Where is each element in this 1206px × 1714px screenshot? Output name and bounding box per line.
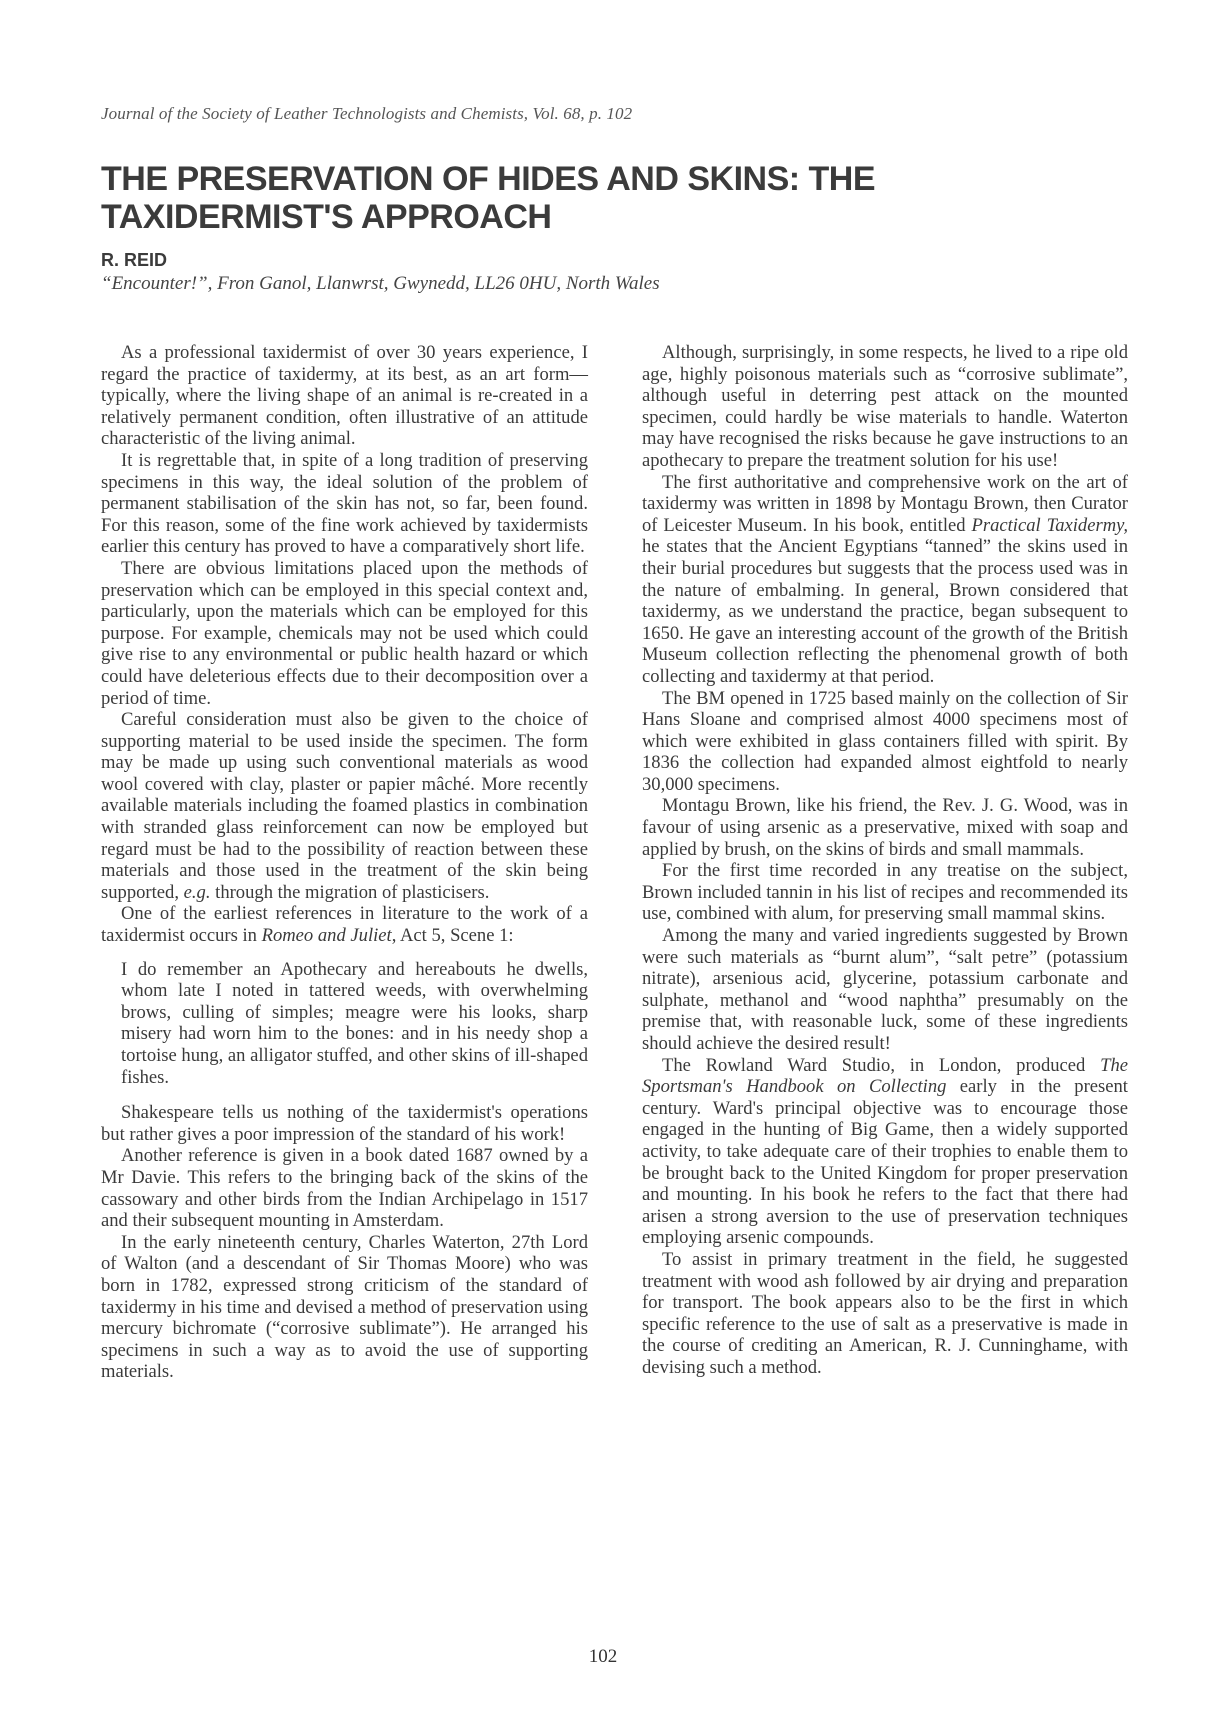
author-affiliation: “Encounter!”, Fron Ganol, Llanwrst, Gwyn… bbox=[101, 273, 660, 295]
paragraph: The BM opened in 1725 based mainly on th… bbox=[642, 688, 1128, 796]
paragraph: Careful consideration must also be given… bbox=[101, 709, 588, 903]
page-number: 102 bbox=[0, 1646, 1206, 1668]
paragraph: There are obvious limitations placed upo… bbox=[101, 558, 588, 709]
paragraph: In the early nineteenth century, Charles… bbox=[101, 1232, 588, 1383]
text-run: The Rowland Ward Studio, in London, prod… bbox=[662, 1055, 1100, 1076]
paragraph: Although, surprisingly, in some respects… bbox=[642, 342, 1128, 472]
paragraph: For the first time recorded in any treat… bbox=[642, 860, 1128, 925]
paragraph: The first authoritative and comprehensiv… bbox=[642, 472, 1128, 688]
left-column: As a professional taxidermist of over 30… bbox=[101, 342, 588, 1383]
article-title: THE PRESERVATION OF HIDES AND SKINS: THE… bbox=[101, 160, 1101, 236]
paragraph: It is regrettable that, in spite of a lo… bbox=[101, 450, 588, 558]
paragraph: To assist in primary treatment in the fi… bbox=[642, 1249, 1128, 1379]
paragraph: Montagu Brown, like his friend, the Rev.… bbox=[642, 795, 1128, 860]
author-name: R. REID bbox=[101, 250, 167, 271]
text-run: early in the present century. Ward's pri… bbox=[642, 1076, 1128, 1248]
paragraph: The Rowland Ward Studio, in London, prod… bbox=[642, 1055, 1128, 1249]
paragraph: Among the many and varied ingredients su… bbox=[642, 925, 1128, 1055]
text-run: he states that the Ancient Egyptians “ta… bbox=[642, 536, 1128, 687]
text-run: , Act 5, Scene 1: bbox=[392, 925, 514, 946]
italic-title: Romeo and Juliet bbox=[262, 925, 392, 946]
paragraph: Another reference is given in a book dat… bbox=[101, 1145, 588, 1231]
paragraph: As a professional taxidermist of over 30… bbox=[101, 342, 588, 450]
running-head: Journal of the Society of Leather Techno… bbox=[101, 104, 632, 124]
paragraph: One of the earliest references in litera… bbox=[101, 903, 588, 946]
text-run: Careful consideration must also be given… bbox=[101, 709, 588, 903]
block-quote: I do remember an Apothecary and hereabou… bbox=[101, 959, 588, 1089]
paragraph: Shakespeare tells us nothing of the taxi… bbox=[101, 1102, 588, 1145]
right-column: Although, surprisingly, in some respects… bbox=[642, 342, 1128, 1379]
italic-title: Practical Taxidermy, bbox=[971, 515, 1128, 536]
italic-text: e.g. bbox=[184, 882, 211, 903]
text-run: through the migration of plasticisers. bbox=[211, 882, 490, 903]
